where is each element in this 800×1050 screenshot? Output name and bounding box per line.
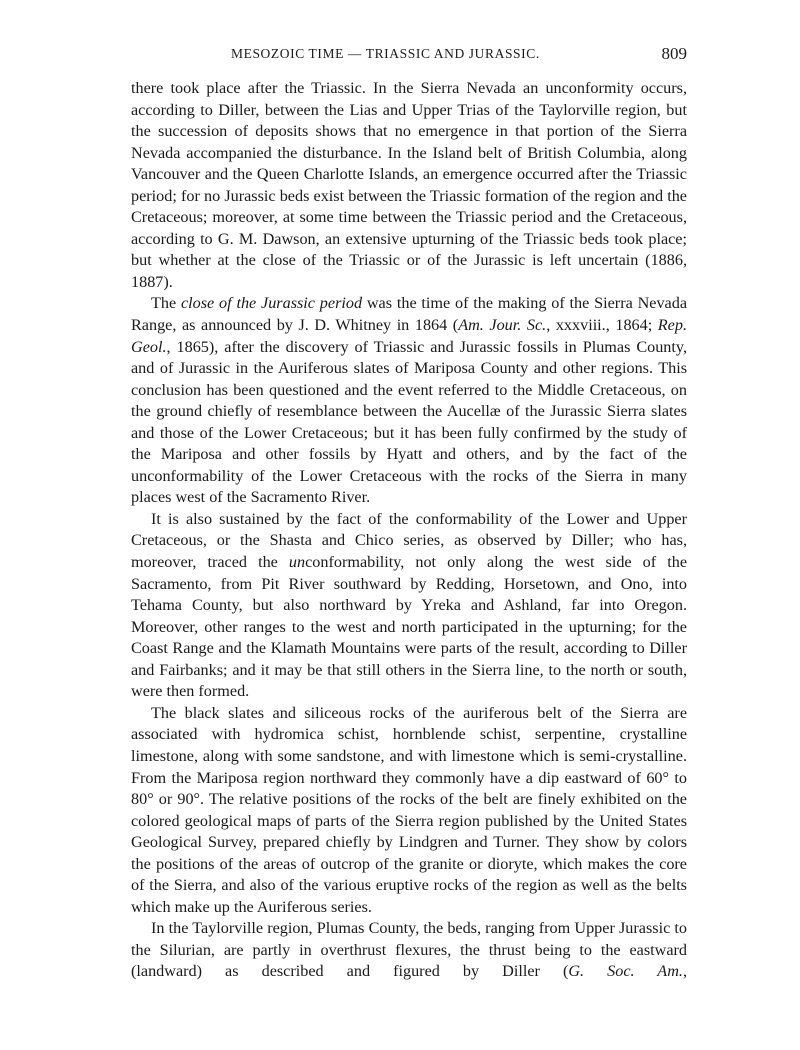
paragraph-continued: there took place after the Triassic. In … [131, 78, 687, 293]
italic-text: un [289, 553, 305, 571]
italic-text: G. Soc. Am. [568, 962, 683, 980]
running-title: MESOZOIC TIME — TRIASSIC AND JURASSIC. [231, 46, 540, 62]
paragraph: It is also sustained by the fact of the … [131, 509, 687, 703]
paragraph-truncated: In the Taylorville region, Plumas County… [131, 918, 687, 983]
italic-text: close of the Jurassic period [181, 294, 362, 312]
italic-text: Am. Jour. Sc. [458, 316, 546, 334]
page-number: 809 [662, 44, 688, 64]
paragraph: The close of the Jurassic period was the… [131, 293, 687, 508]
italic-text: Rep. Geol. [131, 316, 687, 356]
paragraph: The black slates and siliceous rocks of … [131, 703, 687, 918]
running-head: MESOZOIC TIME — TRIASSIC AND JURASSIC. 8… [131, 44, 687, 66]
body-text: there took place after the Triassic. In … [131, 78, 687, 983]
book-page: MESOZOIC TIME — TRIASSIC AND JURASSIC. 8… [131, 44, 687, 983]
